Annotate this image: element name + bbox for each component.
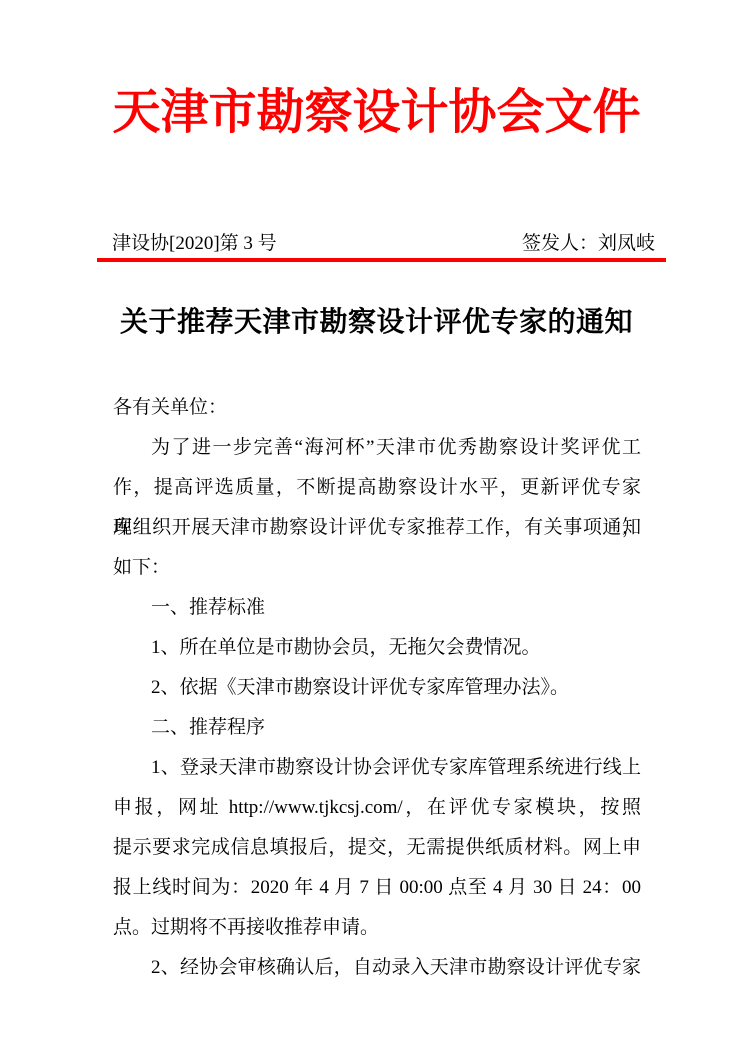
body-line: 1、登录天津市勘察设计协会评优专家库管理系统进行线上: [113, 748, 641, 788]
letterhead-title: 天津市勘察设计协会文件: [0, 84, 753, 142]
body-line: 如下：: [113, 548, 641, 588]
notice-body: 各有关单位：为了进一步完善“海河杯”天津市优秀勘察设计奖评优工作，提高评选质量，…: [113, 388, 641, 988]
body-line: 现组织开展天津市勘察设计评优专家推荐工作，有关事项通知: [113, 508, 641, 548]
document-number: 津设协[2020]第 3 号: [112, 231, 277, 257]
body-line: 1、所在单位是市勘协会员，无拖欠会费情况。: [113, 628, 641, 668]
document-meta-row: 津设协[2020]第 3 号 签发人：刘凤岐: [112, 231, 655, 257]
body-line: 报上线时间为：2020 年 4 月 7 日 00:00 点至 4 月 30 日 …: [113, 868, 641, 908]
body-line: 提示要求完成信息填报后，提交，无需提供纸质材料。网上申: [113, 828, 641, 868]
document-page: 天津市勘察设计协会文件 津设协[2020]第 3 号 签发人：刘凤岐 关于推荐天…: [0, 0, 753, 1040]
body-line: 点。过期将不再接收推荐申请。: [113, 908, 641, 948]
body-line: 一、推荐标准: [113, 588, 641, 628]
body-line: 二、推荐程序: [113, 708, 641, 748]
body-line: 为了进一步完善“海河杯”天津市优秀勘察设计奖评优工: [113, 428, 641, 468]
body-line: 申报，网址 http://www.tjkcsj.com/，在评优专家模块，按照: [113, 788, 641, 828]
red-divider-line: [97, 258, 666, 262]
body-line: 2、经协会审核确认后，自动录入天津市勘察设计评优专家: [113, 948, 641, 988]
body-line: 各有关单位：: [113, 388, 641, 428]
issuer-name: 签发人：刘凤岐: [522, 231, 655, 257]
body-line: 2、依据《天津市勘察设计评优专家库管理办法》。: [113, 668, 641, 708]
body-line: 作，提高评选质量，不断提高勘察设计水平，更新评优专家库，: [113, 468, 641, 508]
notice-title: 关于推荐天津市勘察设计评优专家的通知: [0, 304, 753, 342]
